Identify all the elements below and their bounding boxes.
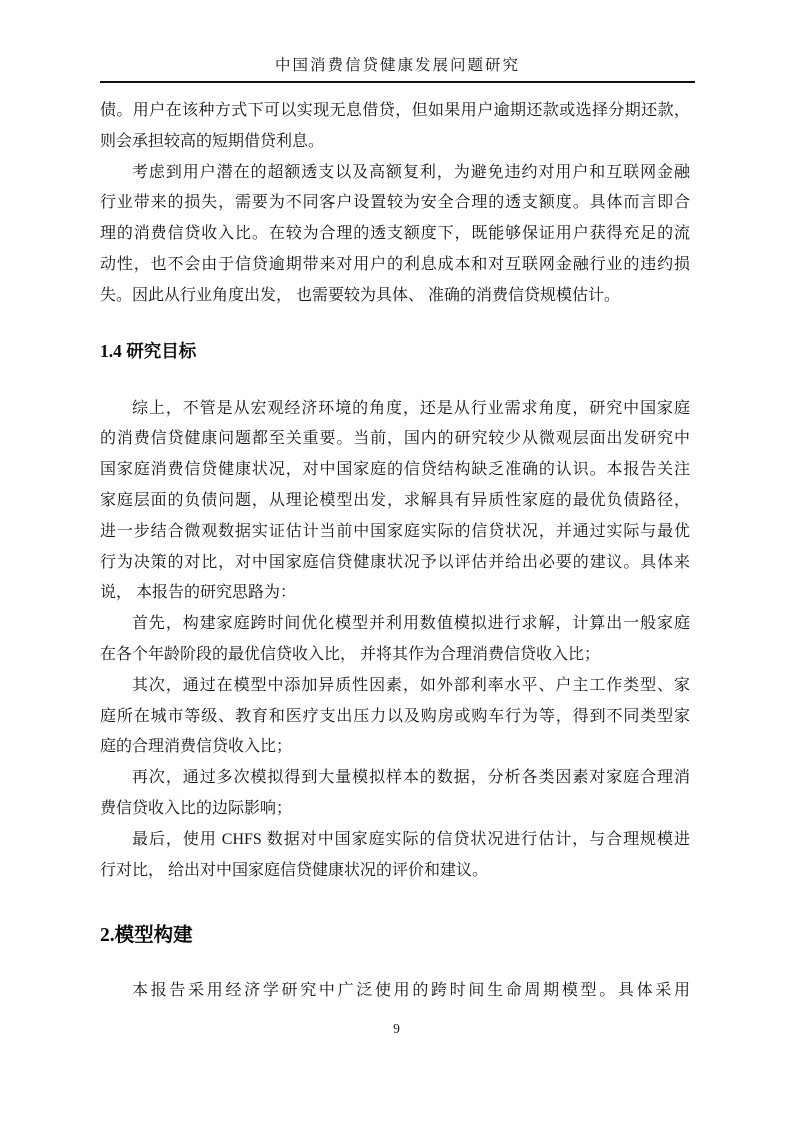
text-line: 失。因此从行业角度出发， 也需要较为具体、 准确的消费信贷规模估计。 — [100, 281, 690, 312]
text-line: 考虑到用户潜在的超额透支以及高额复利，为避免违约对用户和互联网金融 — [100, 158, 690, 189]
text-line: 再次，通过多次模拟得到大量模拟样本的数据，分析各类因素对家庭合理消 — [100, 763, 690, 794]
heading-1-4-research-goals: 1.4 研究目标 — [100, 332, 690, 370]
page-number: 9 — [0, 1021, 793, 1037]
text-line: 费信贷收入比的边际影响； — [100, 794, 690, 825]
text-line: 进一步结合微观数据实证估计当前中国家庭实际的信贷状况，并通过实际与最优 — [100, 517, 690, 548]
text-line: 本报告采用经济学研究中广泛使用的跨时间生命周期模型。具体采用 — [100, 976, 690, 1007]
text-line: 在各个年龄阶段的最优信贷收入比， 并将其作为合理消费信贷收入比； — [100, 640, 690, 671]
text-line: 行为决策的对比，对中国家庭信贷健康状况予以评估并给出必要的建议。具体来 — [100, 548, 690, 579]
text-line: 则会承担较高的短期借贷利息。 — [100, 127, 690, 158]
text-line: 其次，通过在模型中添加异质性因素，如外部利率水平、户主工作类型、家 — [100, 671, 690, 702]
heading-2-model-construction: 2.模型构建 — [100, 914, 690, 956]
text-line: 理的消费信贷收入比。在较为合理的透支额度下，既能够保证用户获得充足的流 — [100, 219, 690, 250]
text-line: 动性，也不会由于信贷逾期带来对用户的利息成本和对互联网金融行业的违约损 — [100, 250, 690, 281]
text-line: 最后，使用 CHFS 数据对中国家庭实际的信贷状况进行估计，与合理规模进 — [100, 825, 690, 856]
para-step-third: 再次，通过多次模拟得到大量模拟样本的数据，分析各类因素对家庭合理消 费信贷收入比… — [100, 763, 690, 825]
header-underline-rule — [100, 81, 695, 83]
text-line: 行对比， 给出对中国家庭信贷健康状况的评价和建议。 — [100, 856, 690, 887]
para-research-motivation: 综上，不管是从宏观经济环境的角度，还是从行业需求角度，研究中国家庭 的消费信贷健… — [100, 394, 690, 610]
para-step-second: 其次，通过在模型中添加异质性因素，如外部利率水平、户主工作类型、家 庭所在城市等… — [100, 671, 690, 763]
para-overdraft-limit: 考虑到用户潜在的超额透支以及高额复利，为避免违约对用户和互联网金融 行业带来的损… — [100, 158, 690, 312]
para-interest-free-borrowing: 债。用户在该种方式下可以实现无息借贷，但如果用户逾期还款或选择分期还款， 则会承… — [100, 96, 690, 158]
para-step-last: 最后，使用 CHFS 数据对中国家庭实际的信贷状况进行估计，与合理规模进 行对比… — [100, 825, 690, 887]
document-page: 中国消费信贷健康发展问题研究 债。用户在该种方式下可以实现无息借贷，但如果用户逾… — [0, 0, 793, 1122]
text-line: 说， 本报告的研究思路为： — [100, 578, 690, 609]
text-line: 首先，构建家庭跨时间优化模型并利用数值模拟进行求解，计算出一般家庭 — [100, 609, 690, 640]
text-line: 行业带来的损失，需要为不同客户设置较为安全合理的透支额度。具体而言即合 — [100, 188, 690, 219]
text-line: 债。用户在该种方式下可以实现无息借贷，但如果用户逾期还款或选择分期还款， — [100, 96, 690, 127]
document-body: 债。用户在该种方式下可以实现无息借贷，但如果用户逾期还款或选择分期还款， 则会承… — [100, 96, 690, 1007]
text-line: 家庭层面的负债问题，从理论模型出发，求解具有异质性家庭的最优负债路径， — [100, 486, 690, 517]
text-line: 综上，不管是从宏观经济环境的角度，还是从行业需求角度，研究中国家庭 — [100, 394, 690, 425]
heading-2-number: 2. — [100, 925, 115, 946]
text-line: 的消费信贷健康问题都至关重要。当前，国内的研究较少从微观层面出发研究中 — [100, 424, 690, 455]
text-line: 庭的合理消费信贷收入比； — [100, 732, 690, 763]
para-step-first: 首先，构建家庭跨时间优化模型并利用数值模拟进行求解，计算出一般家庭 在各个年龄阶… — [100, 609, 690, 671]
running-header-title: 中国消费信贷健康发展问题研究 — [100, 53, 695, 75]
para-model-intro: 本报告采用经济学研究中广泛使用的跨时间生命周期模型。具体采用 — [100, 976, 690, 1007]
text-line: 国家庭消费信贷健康状况，对中国家庭的信贷结构缺乏准确的认识。本报告关注 — [100, 455, 690, 486]
heading-2-text: 模型构建 — [115, 924, 193, 946]
text-line: 庭所在城市等级、教育和医疗支出压力以及购房或购车行为等，得到不同类型家 — [100, 702, 690, 733]
